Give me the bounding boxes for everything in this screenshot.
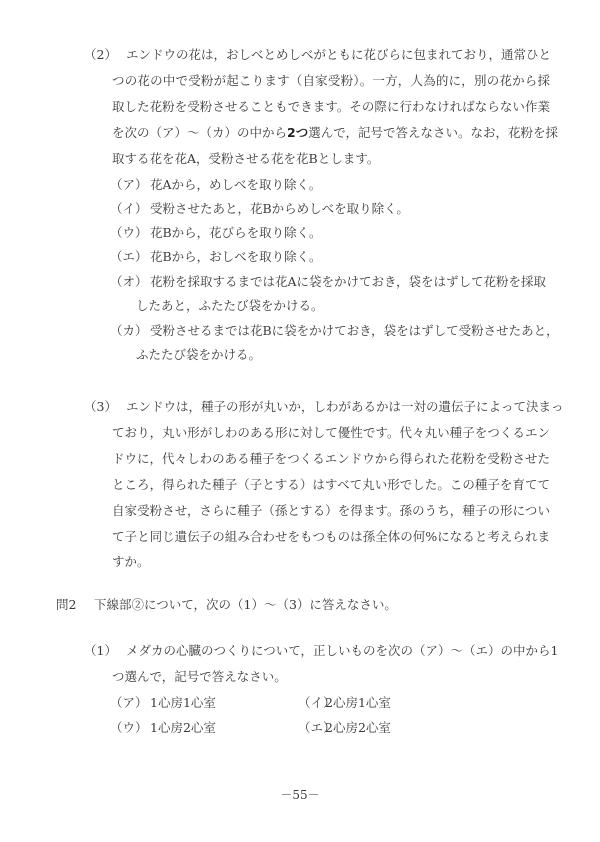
- paragraph-line: ており，丸い形がしわのある形に対して優性です。代々丸い種子をつくるエン: [112, 424, 550, 442]
- option-label: （エ）: [110, 248, 148, 266]
- option-text-continued: したあと，ふたたび袋をかける。: [136, 297, 324, 315]
- paragraph-line: 取した花粉を受粉させることもできます。その際に行わなければならない作業: [112, 98, 550, 116]
- option-label: （ウ）: [110, 224, 148, 242]
- part-label: （1）: [84, 642, 117, 660]
- option-label: （カ）: [110, 322, 148, 340]
- question-label: 問2: [56, 596, 76, 614]
- part-label: （3）: [84, 398, 117, 416]
- option-text: 花Bから，おしべを取り除く。: [150, 248, 321, 266]
- option-text: 2心房2心室: [325, 719, 391, 737]
- emphasis-two-choices: 2つ: [287, 125, 308, 140]
- option-label: （イ）: [110, 200, 148, 218]
- option-text: 1心房2心室: [150, 719, 216, 737]
- line-segment: 選んで，記号で答えなさい。なお，花粉を採: [308, 125, 558, 140]
- line-segment: を次の（ア）～（カ）の中から: [112, 125, 287, 140]
- option-label: （ア）: [110, 176, 148, 194]
- paragraph-line: すか。: [112, 553, 150, 571]
- part-label: （2）: [84, 46, 117, 64]
- option-text: 受粉させるまでは花Bに袋をかけておき，袋をはずして受粉させたあと，: [150, 322, 546, 340]
- paragraph-line: エンドウの花は，おしべとめしべがともに花びらに包まれており，通常ひと: [126, 46, 550, 64]
- option-text: 花粉を採取するまでは花Aに袋をかけておき，袋をはずして花粉を採取: [150, 273, 546, 291]
- option-text: 2心房1心室: [325, 694, 391, 712]
- option-label: （ア）: [110, 694, 148, 712]
- paragraph-line: ところ，得られた種子（子とする）はすべて丸い形でした。この種子を育てて: [112, 476, 550, 494]
- option-text-continued: ふたたび袋をかける。: [136, 346, 261, 364]
- question-text: 下線部②について，次の（1）～（3）に答えなさい。: [94, 596, 397, 614]
- paragraph-line: エンドウは，種子の形が丸いか，しわがあるかは一対の遺伝子によって決まっ: [126, 398, 550, 416]
- paragraph-line: メダカの心臓のつくりについて，正しいものを次の（ア）～（エ）の中から1: [126, 642, 550, 660]
- page-number: －55－: [0, 786, 600, 804]
- paragraph-line: つの花の中で受粉が起こります（自家受粉）。一方，人為的に，別の花から採: [112, 72, 550, 90]
- option-text: 受粉させたあと，花Bからめしべを取り除く。: [150, 200, 409, 218]
- option-text: 1心房1心室: [150, 694, 216, 712]
- option-text: 花Bから，花びらを取り除く。: [150, 224, 321, 242]
- paragraph-line: つ選んで，記号で答えなさい。: [112, 668, 287, 686]
- paragraph-line: て子と同じ遺伝子の組み合わせをもつものは孫全体の何%になると考えられま: [112, 528, 550, 546]
- paragraph-line: を次の（ア）～（カ）の中から2つ選んで，記号で答えなさい。なお，花粉を採: [112, 124, 550, 142]
- paragraph-line: 取する花を花A，受粉させる花を花Bとします。: [112, 150, 379, 168]
- paragraph-line: 自家受粉させ，さらに種子（孫とする）を得ます。孫のうち，種子の形につい: [112, 502, 550, 520]
- option-text: 花Aから，めしべを取り除く。: [150, 176, 321, 194]
- option-label: （ウ）: [110, 719, 148, 737]
- paragraph-line: ドウに，代々しわのある種子をつくるエンドウから得られた花粉を受粉させた: [112, 450, 550, 468]
- option-label: （オ）: [110, 273, 148, 291]
